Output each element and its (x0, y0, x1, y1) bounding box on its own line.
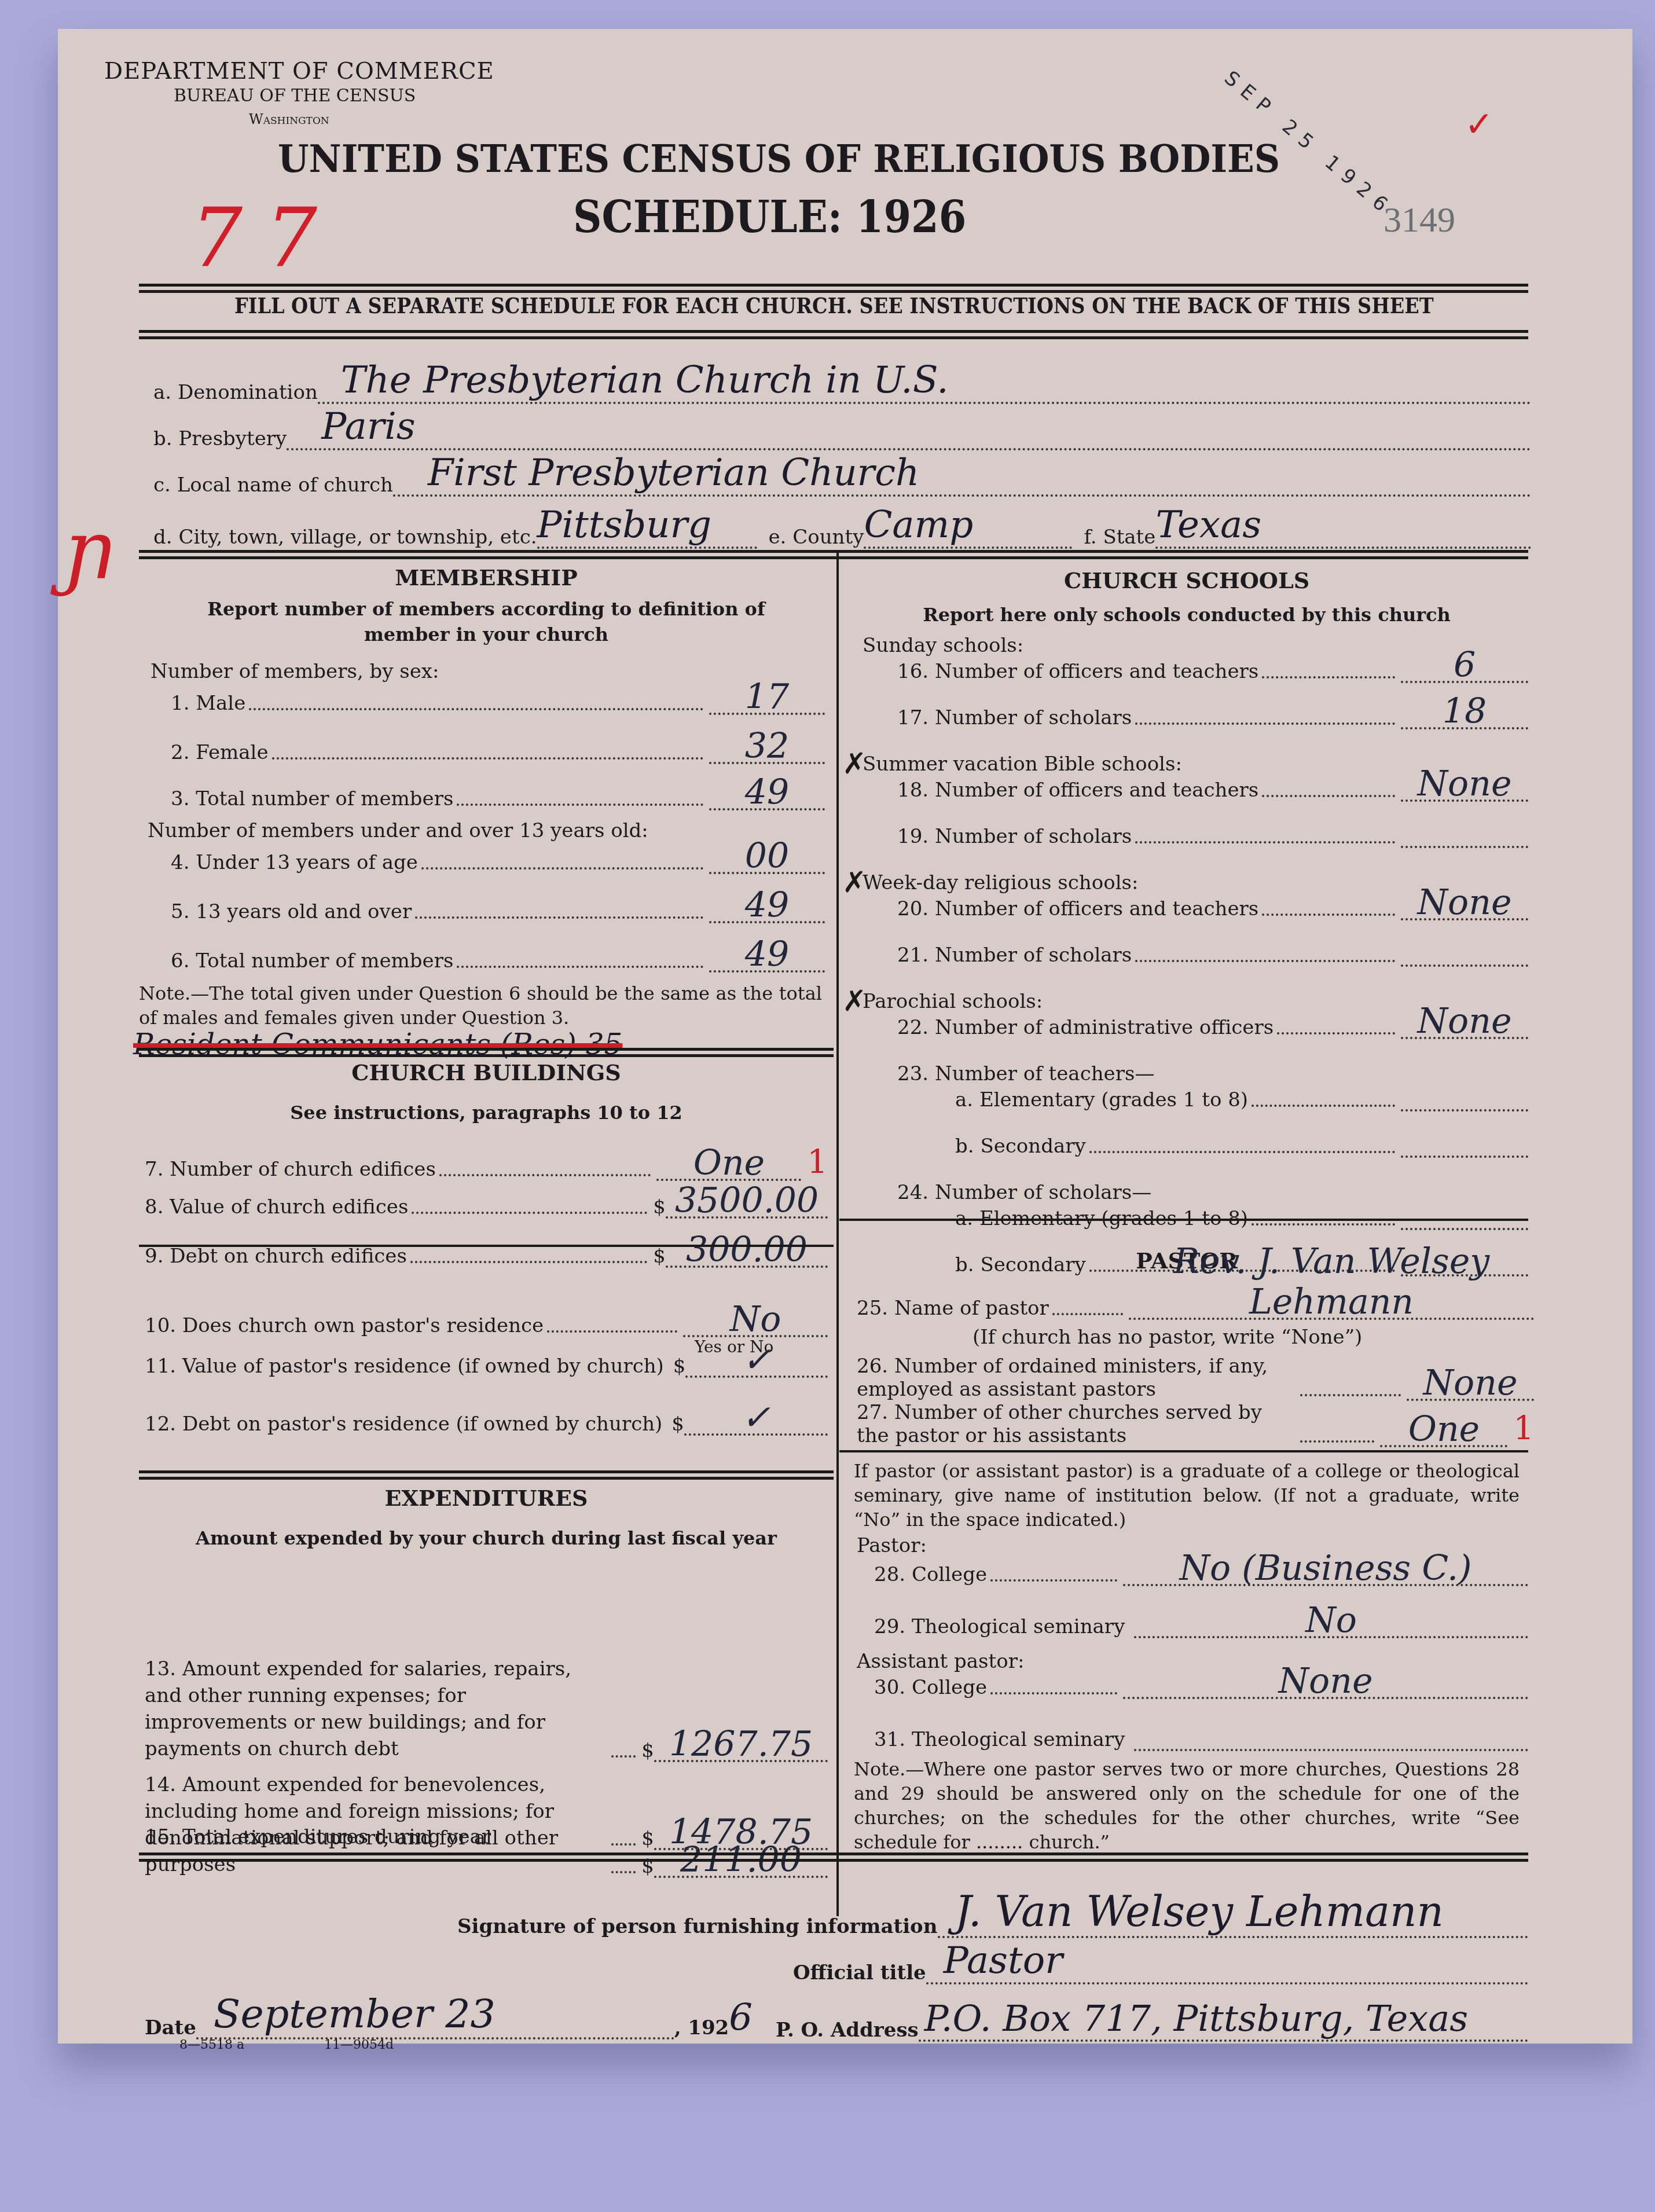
answer-field[interactable]: No (1134, 1636, 1528, 1638)
expenditures-subheading: Amount expended by your church during la… (139, 1525, 834, 1551)
handwritten-answer: 1267.75 (654, 1724, 828, 1765)
po-address-field[interactable]: P. O. Address P.O. Box 717, Pittsburg, T… (776, 1997, 1528, 2042)
school-row: 24. Number of scholars— (863, 1181, 1528, 1204)
school-row[interactable]: 22. Number of administrative officersNon… (863, 1016, 1528, 1039)
education-row[interactable]: 28. CollegeNo (Business C.) (857, 1563, 1528, 1586)
answer-field[interactable]: 32 (709, 762, 825, 764)
expenditure-row[interactable]: 15. Total expenditures during year$1478.… (145, 1824, 828, 1850)
city-field[interactable]: Pittsburg (537, 504, 757, 549)
divider (139, 1852, 1528, 1862)
dot-leader (1052, 1313, 1123, 1315)
field-label: 27. Number of other churches served by t… (857, 1401, 1297, 1447)
field-label: 23. Number of teachers— (863, 1062, 1154, 1085)
field-label: b. Secondary (863, 1135, 1086, 1158)
answer-field[interactable] (1401, 964, 1528, 967)
red-margin-mark: ɲ (64, 504, 116, 598)
red-tally-mark: 1 (807, 1143, 828, 1181)
handwritten-answer: 6 (1401, 645, 1528, 685)
school-row[interactable]: 20. Number of officers and teachersNone (863, 897, 1528, 920)
bureau-city: Washington (249, 111, 329, 127)
print-number: 11—9054d (324, 2038, 394, 2052)
field-label: 7. Number of church edifices (145, 1158, 436, 1181)
field-label: 5. 13 years old and over (153, 900, 412, 923)
dot-leader (1252, 1105, 1395, 1107)
answer-field[interactable] (1401, 846, 1528, 848)
pastor-row[interactable]: 27. Number of other churches served by t… (857, 1401, 1534, 1447)
dot-leader (1277, 1032, 1395, 1035)
school-row[interactable]: b. Secondary (863, 1135, 1528, 1158)
school-row[interactable]: a. Elementary (grades 1 to 8) (863, 1088, 1528, 1111)
membership-row[interactable]: 6. Total number of members49 (153, 949, 825, 973)
answer-field[interactable]: None (1401, 799, 1528, 802)
dot-leader (611, 1871, 636, 1873)
expenditure-row[interactable]: 13. Amount expended for salaries, repair… (145, 1656, 828, 1762)
field-label: 24. Number of scholars— (863, 1181, 1151, 1204)
local-name-field[interactable]: c. Local name of church First Presbyteri… (153, 452, 1531, 497)
divider (839, 1450, 1528, 1452)
dot-leader (421, 867, 703, 870)
membership-row[interactable]: 1. Male17 (153, 692, 825, 715)
field-label: 17. Number of scholars (863, 706, 1132, 729)
building-row[interactable]: 11. Value of pastor's residence (if owne… (145, 1355, 828, 1378)
location-fields: d. City, town, village, or township, etc… (153, 504, 1531, 549)
answer-field[interactable]: 1478.75 (654, 1848, 828, 1850)
handwritten-answer: 49 (709, 934, 825, 975)
field-label: 13. Amount expended for salaries, repair… (145, 1656, 608, 1762)
field-label: 2. Female (153, 741, 269, 764)
answer-field[interactable] (1401, 1228, 1528, 1230)
by-age-label: Number of members under and over 13 year… (148, 819, 648, 842)
dot-leader (457, 966, 703, 968)
answer-field[interactable]: 49 (709, 970, 825, 973)
field-label: 4. Under 13 years of age (153, 851, 418, 874)
form-title: UNITED STATES CENSUS OF RELIGIOUS BODIES (278, 136, 1280, 181)
pastor-row[interactable]: 25. Name of pastorRev. J. Van Welsey Leh… (857, 1297, 1534, 1320)
handwritten-answer: ✓ (684, 1397, 828, 1438)
school-group-label: Parochial schools: (863, 990, 1043, 1013)
handwritten-answer: No (Business C.) (1123, 1548, 1528, 1589)
dollar-sign: $ (641, 1739, 654, 1762)
dot-leader (457, 804, 703, 806)
field-label: 16. Number of officers and teachers (863, 660, 1258, 683)
answer-field[interactable]: None (1123, 1697, 1528, 1699)
membership-row[interactable]: 5. 13 years old and over49 (153, 900, 825, 923)
answer-field[interactable]: 17 (709, 713, 825, 715)
handwritten-answer: Rev. J. Van Welsey Lehmann (1129, 1241, 1534, 1322)
building-row[interactable]: 12. Debt on pastor's residence (if owned… (145, 1413, 828, 1436)
date-field[interactable]: Date September 23 , 192 6 (145, 1991, 753, 2039)
handwritten-answer: 00 (709, 836, 825, 876)
dot-leader (439, 1174, 651, 1176)
divider (139, 284, 1528, 293)
answer-field[interactable]: 18 (1401, 727, 1528, 729)
field-label: 18. Number of officers and teachers (863, 779, 1258, 802)
handwritten-answer: One (1380, 1409, 1507, 1450)
state-field[interactable]: Texas (1155, 504, 1531, 549)
answer-field[interactable]: No (Business C.) (1123, 1584, 1528, 1586)
column-divider (836, 550, 839, 1916)
school-group-label: Summer vacation Bible schools: (863, 753, 1182, 776)
building-row[interactable]: 9. Debt on church edifices$300.00 (145, 1245, 828, 1268)
dot-leader (410, 1261, 647, 1263)
form-number: 8—5518 a (179, 2038, 244, 2052)
dot-leader (1300, 1440, 1374, 1443)
field-label: a. Elementary (grades 1 to 8) (863, 1088, 1248, 1111)
handwritten-answer: 18 (1401, 691, 1528, 732)
answer-field[interactable]: 6 (1401, 681, 1528, 683)
divider (139, 1245, 834, 1247)
school-row[interactable]: 21. Number of scholars (863, 944, 1528, 967)
school-group-label: Sunday schools: (863, 634, 1023, 657)
education-row[interactable]: 29. Theological seminaryNo (857, 1615, 1528, 1638)
dollar-sign: $ (641, 1827, 654, 1850)
answer-field[interactable]: ✓ (685, 1375, 828, 1378)
buildings-subheading: See instructions, paragraphs 10 to 12 (139, 1100, 834, 1125)
red-check-icon: ✓ (1465, 104, 1493, 145)
handwritten-answer: 1478.75 (654, 1812, 828, 1852)
dot-leader (249, 708, 703, 710)
handwritten-answer: None (1401, 882, 1528, 923)
field-label: 11. Value of pastor's residence (if owne… (145, 1355, 664, 1378)
field-label: 31. Theological seminary (857, 1728, 1125, 1751)
dot-leader (1135, 722, 1395, 725)
divider (139, 1048, 834, 1057)
school-row[interactable]: 19. Number of scholars (863, 825, 1528, 848)
answer-field[interactable]: None (1401, 918, 1528, 920)
answer-field[interactable]: 3500.00 (666, 1216, 828, 1219)
dollar-sign: $ (653, 1195, 666, 1219)
dot-leader (990, 1579, 1117, 1582)
field-label: 19. Number of scholars (863, 825, 1132, 848)
answer-field[interactable] (1401, 1109, 1528, 1111)
field-label: 22. Number of administrative officers (863, 1016, 1274, 1039)
handwritten-answer: 3500.00 (666, 1180, 828, 1221)
dot-leader (272, 757, 703, 760)
divider (139, 550, 1528, 559)
file-number: 3149 (1384, 200, 1455, 241)
dot-leader (1262, 914, 1395, 916)
dollar-sign: $ (671, 1413, 684, 1436)
dollar-sign: $ (673, 1355, 686, 1378)
dot-leader (990, 1692, 1117, 1694)
answer-field[interactable]: One (1380, 1445, 1507, 1447)
membership-note: Note.—The total given under Question 6 s… (139, 981, 822, 1030)
red-annotation-number: 77 (191, 191, 340, 285)
education-instructions: If pastor (or assistant pastor) is a gra… (854, 1459, 1520, 1532)
handwritten-answer: 17 (709, 677, 825, 717)
dollar-sign: $ (653, 1245, 666, 1268)
handwritten-answer: No (1134, 1600, 1528, 1641)
school-group-label: Week-day religious schools: (863, 871, 1138, 894)
handwritten-answer: 300.00 (666, 1230, 828, 1270)
divider (139, 330, 1528, 339)
field-label: 28. College (857, 1563, 987, 1586)
buildings-heading: CHURCH BUILDINGS (139, 1059, 834, 1085)
church-schools-subheading: Report here only schools conducted by th… (839, 602, 1534, 628)
field-label: 8. Value of church edifices (145, 1195, 408, 1219)
x-mark-icon: ✗ (842, 984, 867, 1018)
handwritten-answer: One (656, 1143, 801, 1183)
handwritten-answer: None (1401, 1001, 1528, 1041)
fill-out-instruction: FILL OUT A SEPARATE SCHEDULE FOR EACH CH… (234, 292, 1434, 318)
school-row[interactable]: 17. Number of scholars18 (863, 706, 1528, 729)
membership-row[interactable]: 4. Under 13 years of age00 (153, 851, 825, 874)
handwritten-answer: 32 (709, 726, 825, 766)
answer-field[interactable]: 49 (709, 921, 825, 923)
field-label: 12. Debt on pastor's residence (if owned… (145, 1413, 662, 1436)
bureau-name: BUREAU OF THE CENSUS (174, 86, 416, 106)
answer-field[interactable]: 1267.75 (654, 1760, 828, 1762)
dot-leader (412, 1212, 647, 1214)
field-label: 30. College (857, 1676, 987, 1699)
signature-field[interactable]: Signature of person furnishing informati… (457, 1887, 1528, 1938)
divider (839, 1219, 1528, 1221)
field-label: 20. Number of officers and teachers (863, 897, 1258, 920)
answer-field[interactable]: 49 (709, 808, 825, 810)
school-row[interactable]: 16. Number of officers and teachers6 (863, 660, 1528, 683)
church-schools-heading: CHURCH SCHOOLS (839, 567, 1534, 593)
dot-leader (611, 1843, 636, 1846)
field-label: 25. Name of pastor (857, 1297, 1049, 1320)
pastor-note: Note.—Where one pastor serves two or mor… (854, 1757, 1520, 1854)
building-row[interactable]: 7. Number of church edificesOne1 (145, 1143, 828, 1181)
field-label: 21. Number of scholars (863, 944, 1132, 967)
building-row[interactable]: 8. Value of church edifices$3500.00 (145, 1195, 828, 1219)
expenditures-heading: EXPENDITURES (139, 1485, 834, 1511)
membership-row[interactable]: 2. Female32 (153, 741, 825, 764)
by-sex-label: Number of members, by sex: (151, 660, 439, 683)
county-field[interactable]: Camp (864, 504, 1072, 549)
field-label: 9. Debt on church edifices (145, 1245, 407, 1268)
dot-leader (547, 1330, 677, 1333)
handwritten-answer: None (1407, 1363, 1534, 1403)
pastor-row[interactable]: 26. Number of ordained ministers, if any… (857, 1355, 1534, 1401)
field-label: 1. Male (153, 692, 245, 715)
answer-field[interactable]: 00 (709, 872, 825, 874)
dot-leader (415, 916, 703, 919)
red-tally-mark: 1 (1513, 1410, 1534, 1447)
field-label: 29. Theological seminary (857, 1615, 1125, 1638)
divider (139, 1470, 834, 1480)
membership-heading: MEMBERSHIP (139, 564, 834, 590)
handwritten-answer: 49 (709, 772, 825, 813)
pastor-name-hint: (If church has no pastor, write “None”) (973, 1326, 1362, 1349)
department-name: DEPARTMENT OF COMMERCE (104, 58, 494, 85)
dot-leader (1300, 1394, 1401, 1396)
signature: J. Van Welsey Lehmann (938, 1887, 1528, 1938)
field-label: 6. Total number of members (153, 949, 453, 973)
handwritten-answer: None (1401, 764, 1528, 804)
form-subtitle: SCHEDULE: 1926 (573, 191, 966, 243)
dot-leader (1135, 841, 1395, 843)
building-row[interactable]: 10. Does church own pastor's residenceNo (145, 1314, 828, 1337)
membership-subheading: Report number of members according to de… (168, 596, 805, 647)
membership-row[interactable]: 3. Total number of members49 (153, 787, 825, 810)
answer-field[interactable]: None (1401, 1037, 1528, 1039)
answer-field[interactable]: 300.00 (666, 1265, 828, 1268)
answer-field[interactable] (1401, 1155, 1528, 1158)
field-label: 3. Total number of members (153, 787, 453, 810)
handwritten-answer: ✓ (685, 1340, 828, 1380)
answer-field[interactable] (1134, 1749, 1528, 1751)
dot-leader (611, 1755, 636, 1758)
x-mark-icon: ✗ (842, 747, 867, 780)
dot-leader (1262, 795, 1395, 797)
pastor-subgroup-label: Pastor: (857, 1534, 927, 1557)
field-label: 10. Does church own pastor's residence (145, 1314, 544, 1337)
dot-leader (1262, 676, 1395, 678)
field-label: 26. Number of ordained ministers, if any… (857, 1355, 1297, 1401)
school-row: 23. Number of teachers— (863, 1062, 1528, 1085)
assistant-pastor-subgroup-label: Assistant pastor: (857, 1650, 1024, 1673)
dot-leader (1089, 1151, 1395, 1153)
dot-leader (1135, 960, 1395, 962)
x-mark-icon: ✗ (842, 865, 867, 899)
presbytery-field[interactable]: b. Presbytery Paris (153, 405, 1531, 450)
school-row[interactable]: 18. Number of officers and teachersNone (863, 779, 1528, 802)
handwritten-answer: No (683, 1299, 828, 1340)
answer-field[interactable]: Rev. J. Van Welsey Lehmann (1129, 1318, 1534, 1320)
answer-field[interactable]: ✓ (684, 1433, 828, 1436)
education-row[interactable]: 30. CollegeNone (857, 1676, 1528, 1699)
denomination-field[interactable]: a. Denomination The Presbyterian Church … (153, 359, 1531, 404)
handwritten-answer: None (1123, 1661, 1528, 1701)
field-label: 15. Total expenditures during year (145, 1824, 608, 1850)
handwritten-answer: 49 (709, 885, 825, 926)
education-row[interactable]: 31. Theological seminary (857, 1728, 1528, 1751)
dot-leader (1252, 1223, 1395, 1226)
official-title-field[interactable]: Official title Pastor (793, 1939, 1528, 1984)
answer-field[interactable]: 211.00 (654, 1876, 828, 1878)
